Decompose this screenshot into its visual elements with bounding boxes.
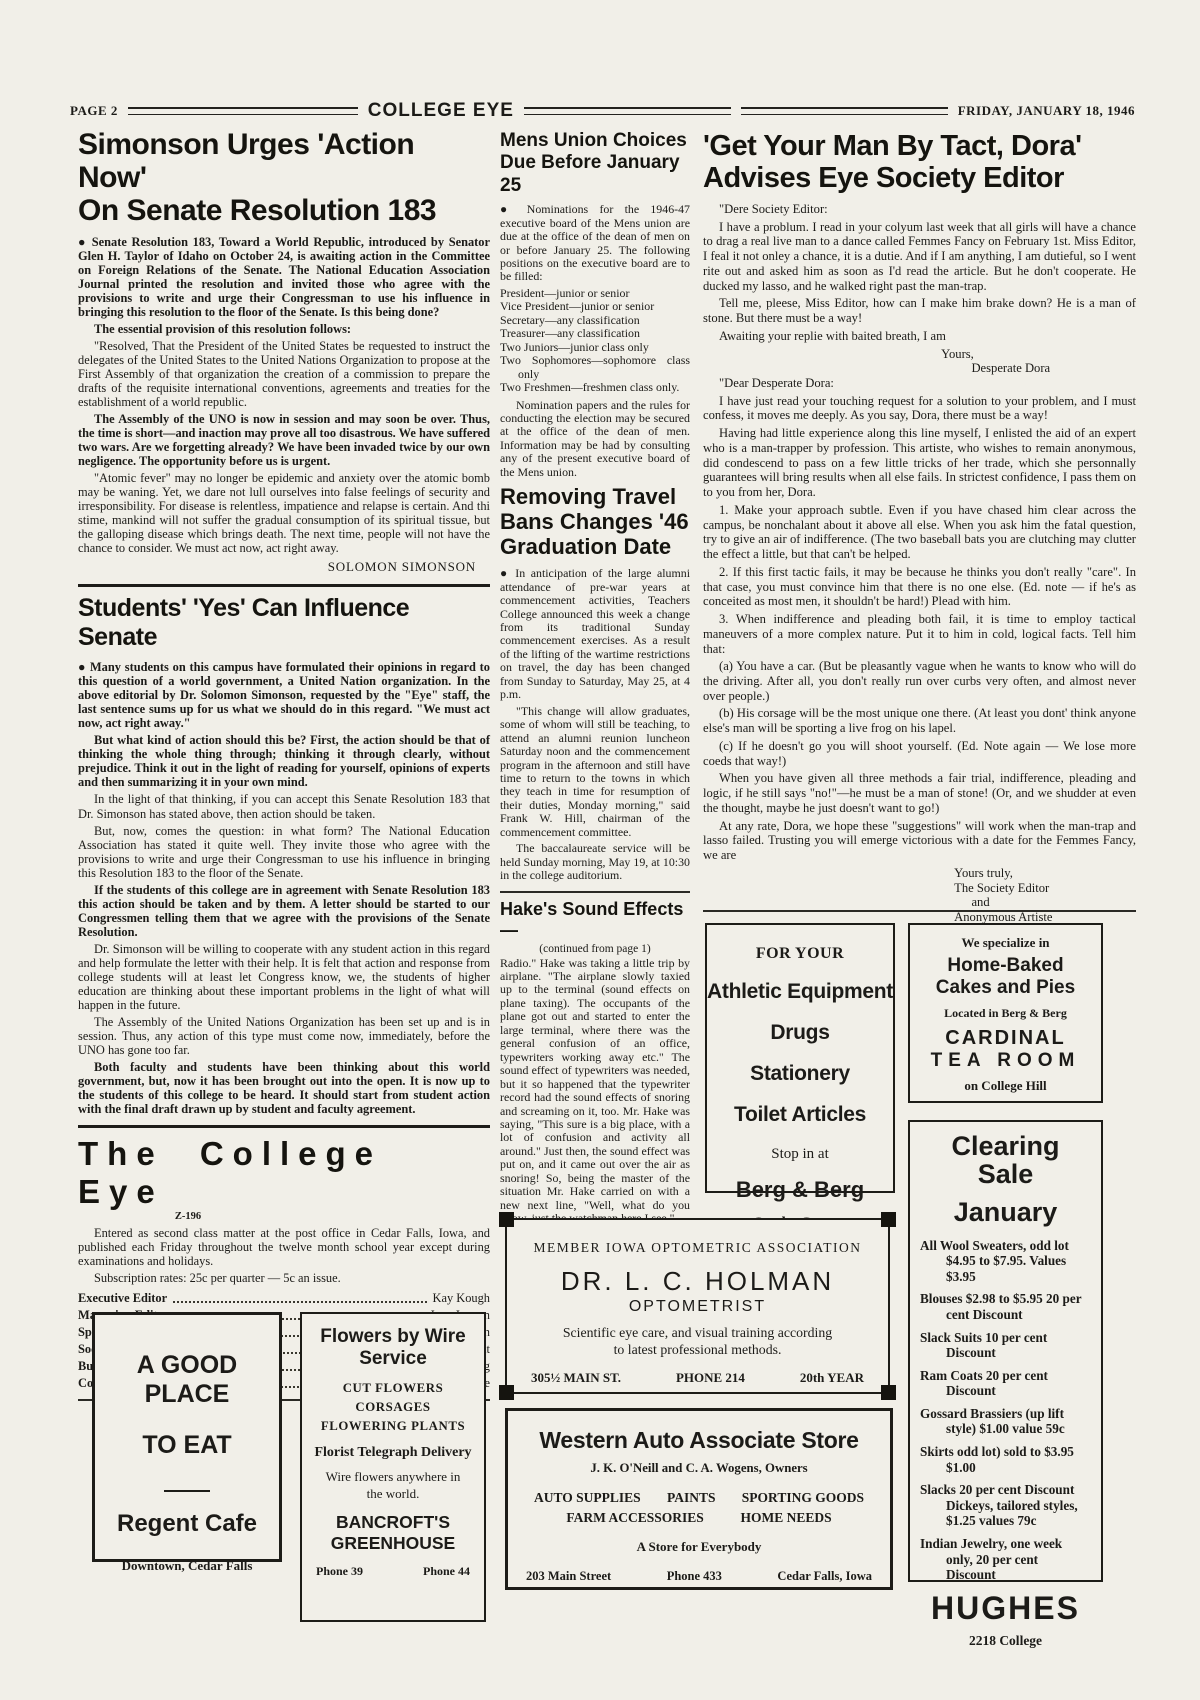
article-students: Students' 'Yes' Can Influence Senate ● M… <box>78 594 490 1115</box>
advertiser-name: Western Auto Associate Store <box>508 1427 890 1454</box>
paragraph: Radio." Hake was taking a little trip by… <box>500 957 690 1226</box>
sale-item: Slack Suits 10 per cent Discount <box>920 1330 1091 1361</box>
corner-ornament <box>881 1385 896 1400</box>
ad-line: TO EAT <box>95 1431 279 1460</box>
running-head: PAGE 2 COLLEGE EYE FRIDAY, JANUARY 18, 1… <box>70 100 1135 122</box>
corner-ornament <box>499 1212 514 1227</box>
ad-line-part: to latest professional methods. <box>614 1342 782 1357</box>
position-item: Two Sophomores—sophomore class only <box>500 354 690 381</box>
ad-line: A GOOD PLACE <box>95 1351 279 1409</box>
ad-phones: Phone 39 Phone 44 <box>302 1564 484 1579</box>
ad-item: FLOWERING PLANTS <box>321 1419 465 1433</box>
position-item: President—junior or senior <box>500 287 690 300</box>
paragraph: When you have given all three methods a … <box>703 771 1136 815</box>
ad-regent-cafe: A GOOD PLACE TO EAT Regent Cafe Downtown… <box>92 1312 282 1562</box>
ad-title-line1: Clearing Sale <box>920 1132 1091 1189</box>
position-item: Treasurer—any classification <box>500 327 690 340</box>
simonson-headline-line2: On Senate Resolution 183 <box>78 194 436 227</box>
positions-list: President—junior or senior Vice Presiden… <box>500 287 690 395</box>
issue-date: FRIDAY, JANUARY 18, 1946 <box>958 103 1135 119</box>
advertiser-name: Regent Cafe <box>95 1510 279 1538</box>
editor-role: Executive Editor <box>78 1291 167 1306</box>
position-item: Two Freshmen—freshmen class only. <box>500 381 690 394</box>
hake-divider <box>500 891 690 893</box>
article-hake-continued: Hake's Sound Effects— (continued from pa… <box>500 899 690 1226</box>
ad-location: Downtown, Cedar Falls <box>95 1558 279 1574</box>
ad-line: FOR YOUR <box>707 945 893 963</box>
editor-name: Kay Kough <box>433 1291 490 1306</box>
paragraph: "Dere Society Editor: <box>703 202 1136 217</box>
sale-item: Slacks 20 per cent Discount Dickeys, tai… <box>920 1482 1091 1529</box>
paragraph: In the light of that thinking, if you ca… <box>78 792 490 820</box>
paragraph: But, now, comes the question: in what fo… <box>78 824 490 880</box>
simonson-headline-line1: Simonson Urges 'Action Now' <box>78 128 414 194</box>
paragraph: "Resolved, That the President of the Uni… <box>78 339 490 409</box>
ad-title-line1: Flowers by Wire <box>320 1326 466 1347</box>
ad-line: Scientific eye care, and visual training… <box>507 1324 888 1358</box>
ad-item: AUTO SUPPLIES <box>534 1490 641 1506</box>
ad-hughes-clearing-sale: Clearing Sale January All Wool Sweaters,… <box>908 1120 1103 1582</box>
advertiser-name-line1: CARDINAL <box>910 1027 1101 1050</box>
article-dora: 'Get Your Man By Tact, Dora' Advises Eye… <box>703 130 1136 925</box>
paragraph: ● Senate Resolution 183, Toward a World … <box>78 235 490 319</box>
paragraph: But what kind of action should this be? … <box>78 733 490 789</box>
paragraph: (c) If he doesn't go you will shoot your… <box>703 739 1136 768</box>
editor-row: Executive Editor Kay Kough <box>78 1291 490 1306</box>
dora-headline-line2: Advises Eye Society Editor <box>703 162 1064 194</box>
subscription-rates: Subscription rates: 25c per quarter — 5c… <box>78 1271 490 1285</box>
header-rule-right <box>741 107 948 115</box>
sale-item: Skirts odd lot) sold to $3.95 $1.00 <box>920 1444 1091 1475</box>
simonson-byline: SOLOMON SIMONSON <box>78 559 490 575</box>
left-column: Simonson Urges 'Action Now' On Senate Re… <box>78 126 490 1407</box>
paragraph: Nomination papers and the rules for cond… <box>500 399 690 480</box>
paragraph: If the students of this college are in a… <box>78 883 490 939</box>
paragraph: (a) You have a car. (But be pleasantly v… <box>703 659 1136 703</box>
sale-item: Ram Coats 20 per cent Discount <box>920 1368 1091 1399</box>
ad-berg-and-berg: FOR YOUR Athletic Equipment Drugs Statio… <box>705 923 895 1193</box>
ad-address: 2218 College <box>920 1633 1091 1649</box>
ad-years: 20th YEAR <box>800 1370 864 1386</box>
paragraph: The essential provision of this resoluti… <box>78 322 490 336</box>
students-headline: Students' 'Yes' Can Influence Senate <box>78 594 490 652</box>
entered-notice: Entered as second class matter at the po… <box>78 1226 490 1268</box>
ad-item: FARM ACCESSORIES <box>566 1510 703 1526</box>
paragraph: "Dear Desperate Dora: <box>703 376 1136 391</box>
signature-dora: Desperate Dora <box>703 361 1136 376</box>
advertiser-name-line2: TEA ROOM <box>910 1050 1101 1072</box>
ad-contact-row: 305½ MAIN ST. PHONE 214 20th YEAR <box>507 1370 888 1386</box>
ad-line: MEMBER IOWA OPTOMETRIC ASSOCIATION <box>507 1240 888 1256</box>
ad-line-part: Scientific eye care, and visual training… <box>563 1325 832 1340</box>
paragraph: I have a problum. I read in your colyum … <box>703 220 1136 294</box>
ad-location: on College Hill <box>910 1078 1101 1094</box>
ad-item: Stationery <box>707 1062 893 1086</box>
ad-line-part: the world. <box>367 1486 420 1501</box>
advertiser-name-line1: BANCROFT'S <box>336 1512 450 1532</box>
ad-western-auto: Western Auto Associate Store J. K. O'Nei… <box>505 1408 893 1590</box>
ad-title-line2: Service <box>359 1348 427 1369</box>
ad-slogan: A Store for Everybody <box>508 1539 890 1555</box>
continued-note: (continued from page 1) <box>500 943 690 955</box>
middle-column: Mens Union Choices Due Before January 25… <box>500 130 690 1229</box>
ad-title-line2: January <box>920 1197 1091 1228</box>
right-column: 'Get Your Man By Tact, Dora' Advises Eye… <box>703 130 1136 925</box>
dora-headline-line1: 'Get Your Man By Tact, Dora' <box>703 130 1081 162</box>
ad-address: 203 Main Street <box>526 1569 611 1584</box>
ad-item: HOME NEEDS <box>740 1510 831 1526</box>
masthead-divider <box>78 1125 490 1128</box>
ad-line: Florist Telegraph Delivery <box>302 1445 484 1461</box>
simonson-headline: Simonson Urges 'Action Now' On Senate Re… <box>78 128 490 227</box>
position-item: Secretary—any classification <box>500 314 690 327</box>
ad-line: Home-Baked Cakes and Pies <box>910 955 1101 999</box>
ad-items-row: FARM ACCESSORIES HOME NEEDS <box>508 1510 890 1526</box>
paragraph: The Assembly of the United Nations Organ… <box>78 1015 490 1057</box>
paper-name: COLLEGE EYE <box>368 100 514 122</box>
masthead-code: Z-196 <box>78 1211 298 1222</box>
sale-item: Indian Jewelry, one week only, 20 per ce… <box>920 1536 1091 1583</box>
phone-number: Phone 39 <box>316 1564 363 1579</box>
page-number-label: PAGE 2 <box>70 103 118 119</box>
hake-headline: Hake's Sound Effects— <box>500 899 690 941</box>
ad-line: We specialize in <box>910 935 1101 951</box>
ad-line: Stop in at <box>707 1146 893 1163</box>
phone-number: PHONE 214 <box>676 1370 745 1386</box>
closing-line: and <box>703 895 1136 910</box>
ad-title: OPTOMETRIST <box>507 1298 888 1316</box>
paragraph: ● Nominations for the 1946-47 executive … <box>500 203 690 284</box>
ad-line-part: Cakes and Pies <box>936 977 1075 998</box>
travel-headline: Removing Travel Bans Changes '46 Graduat… <box>500 485 690 559</box>
paragraph: ● In anticipation of the large alumni at… <box>500 567 690 702</box>
ad-line: Located in Berg & Berg <box>910 1006 1101 1021</box>
article-travel-bans: Removing Travel Bans Changes '46 Graduat… <box>500 485 690 882</box>
paragraph: At any rate, Dora, we hope these "sugges… <box>703 819 1136 863</box>
ad-dr-holman-optometrist: MEMBER IOWA OPTOMETRIC ASSOCIATION DR. L… <box>505 1218 890 1394</box>
advertiser-name: BANCROFT'S GREENHOUSE <box>302 1512 484 1554</box>
paragraph: ● Many students on this campus have form… <box>78 660 490 730</box>
header-rule-left <box>128 107 358 115</box>
dot-leader <box>173 1300 426 1303</box>
paragraph: The baccalaureate service will be held S… <box>500 842 690 882</box>
ad-item: SPORTING GOODS <box>742 1490 864 1506</box>
paragraph: Having had little experience along this … <box>703 426 1136 500</box>
ad-city: Cedar Falls, Iowa <box>777 1569 872 1584</box>
phone-number: Phone 44 <box>423 1564 470 1579</box>
paragraph: 2. If this first tactic fails, it may be… <box>703 565 1136 609</box>
sale-item: Gossard Brassiers (up lift style) $1.00 … <box>920 1406 1091 1437</box>
paragraph: Both faculty and students have been thin… <box>78 1060 490 1116</box>
signature-yours: Yours, <box>703 347 1136 362</box>
ad-line: Wire flowers anywhere in the world. <box>302 1469 484 1502</box>
header-rule-mid <box>524 107 731 115</box>
ad-items-row: AUTO SUPPLIES PAINTS SPORTING GOODS <box>508 1490 890 1506</box>
paragraph: I have just read your touching request f… <box>703 394 1136 423</box>
mens-union-headline: Mens Union Choices Due Before January 25 <box>500 130 690 197</box>
ad-address: 305½ MAIN ST. <box>531 1370 621 1386</box>
advertiser-name: HUGHES <box>920 1590 1091 1627</box>
article-mens-union: Mens Union Choices Due Before January 25… <box>500 130 690 479</box>
paragraph: 1. Make your approach subtle. Even if yo… <box>703 503 1136 562</box>
ad-item: Drugs <box>707 1021 893 1045</box>
closing-line: Yours truly, <box>703 866 1136 881</box>
advertiser-name-line2: GREENHOUSE <box>331 1533 455 1553</box>
ad-owners: J. K. O'Neill and C. A. Wogens, Owners <box>508 1461 890 1476</box>
paragraph: "This change will allow graduates, some … <box>500 705 690 840</box>
advertiser-name: DR. L. C. HOLMAN <box>507 1266 888 1297</box>
ad-items: CUT FLOWERS CORSAGES FLOWERING PLANTS <box>302 1379 484 1437</box>
newspaper-page: PAGE 2 COLLEGE EYE FRIDAY, JANUARY 18, 1… <box>0 0 1200 1700</box>
paragraph: The Assembly of the UNO is now in sessio… <box>78 412 490 468</box>
paragraph: Tell me, pleese, Miss Editor, how can I … <box>703 296 1136 325</box>
ad-contact-row: 203 Main Street Phone 433 Cedar Falls, I… <box>508 1569 890 1584</box>
article-simonson: Simonson Urges 'Action Now' On Senate Re… <box>78 128 490 575</box>
ad-title: Flowers by Wire Service <box>302 1326 484 1370</box>
sale-item: Blouses $2.98 to $5.95 20 per cent Disco… <box>920 1291 1091 1322</box>
corner-ornament <box>881 1212 896 1227</box>
section-divider <box>78 584 490 587</box>
ad-item: CUT FLOWERS <box>343 1381 444 1395</box>
ad-item: Athletic Equipment <box>707 980 893 1004</box>
corner-ornament <box>499 1385 514 1400</box>
ad-line-part: Home-Baked <box>947 955 1063 976</box>
advertiser-name: Berg & Berg <box>707 1177 893 1203</box>
paragraph: Awaiting your replie with baited breath,… <box>703 329 1136 344</box>
sale-items: All Wool Sweaters, odd lot $4.95 to $7.9… <box>920 1238 1091 1583</box>
masthead-title: The College Eye <box>78 1135 490 1211</box>
ad-divider <box>164 1490 210 1492</box>
position-item: Two Juniors—junior class only <box>500 341 690 354</box>
paragraph: "Atomic fever" may no longer be epidemic… <box>78 471 490 555</box>
paragraph: (b) His corsage will be the most unique … <box>703 706 1136 735</box>
closing-line: The Society Editor <box>703 881 1136 896</box>
phone-number: Phone 433 <box>667 1569 722 1584</box>
position-item: Vice President—junior or senior <box>500 300 690 313</box>
ad-item: CORSAGES <box>355 1400 430 1414</box>
paragraph: Dr. Simonson will be willing to cooperat… <box>78 942 490 1012</box>
ad-line-part: Wire flowers anywhere in <box>326 1469 461 1484</box>
dora-headline: 'Get Your Man By Tact, Dora' Advises Eye… <box>703 130 1136 195</box>
ad-item: Toilet Articles <box>707 1103 893 1127</box>
ad-cardinal-tea-room: We specialize in Home-Baked Cakes and Pi… <box>908 923 1103 1103</box>
ads-divider <box>703 910 1136 912</box>
ad-item: PAINTS <box>667 1490 716 1506</box>
ad-bancrofts-greenhouse: Flowers by Wire Service CUT FLOWERS CORS… <box>300 1312 486 1622</box>
paragraph: 3. When indifference and pleading both f… <box>703 612 1136 656</box>
sale-item: All Wool Sweaters, odd lot $4.95 to $7.9… <box>920 1238 1091 1285</box>
